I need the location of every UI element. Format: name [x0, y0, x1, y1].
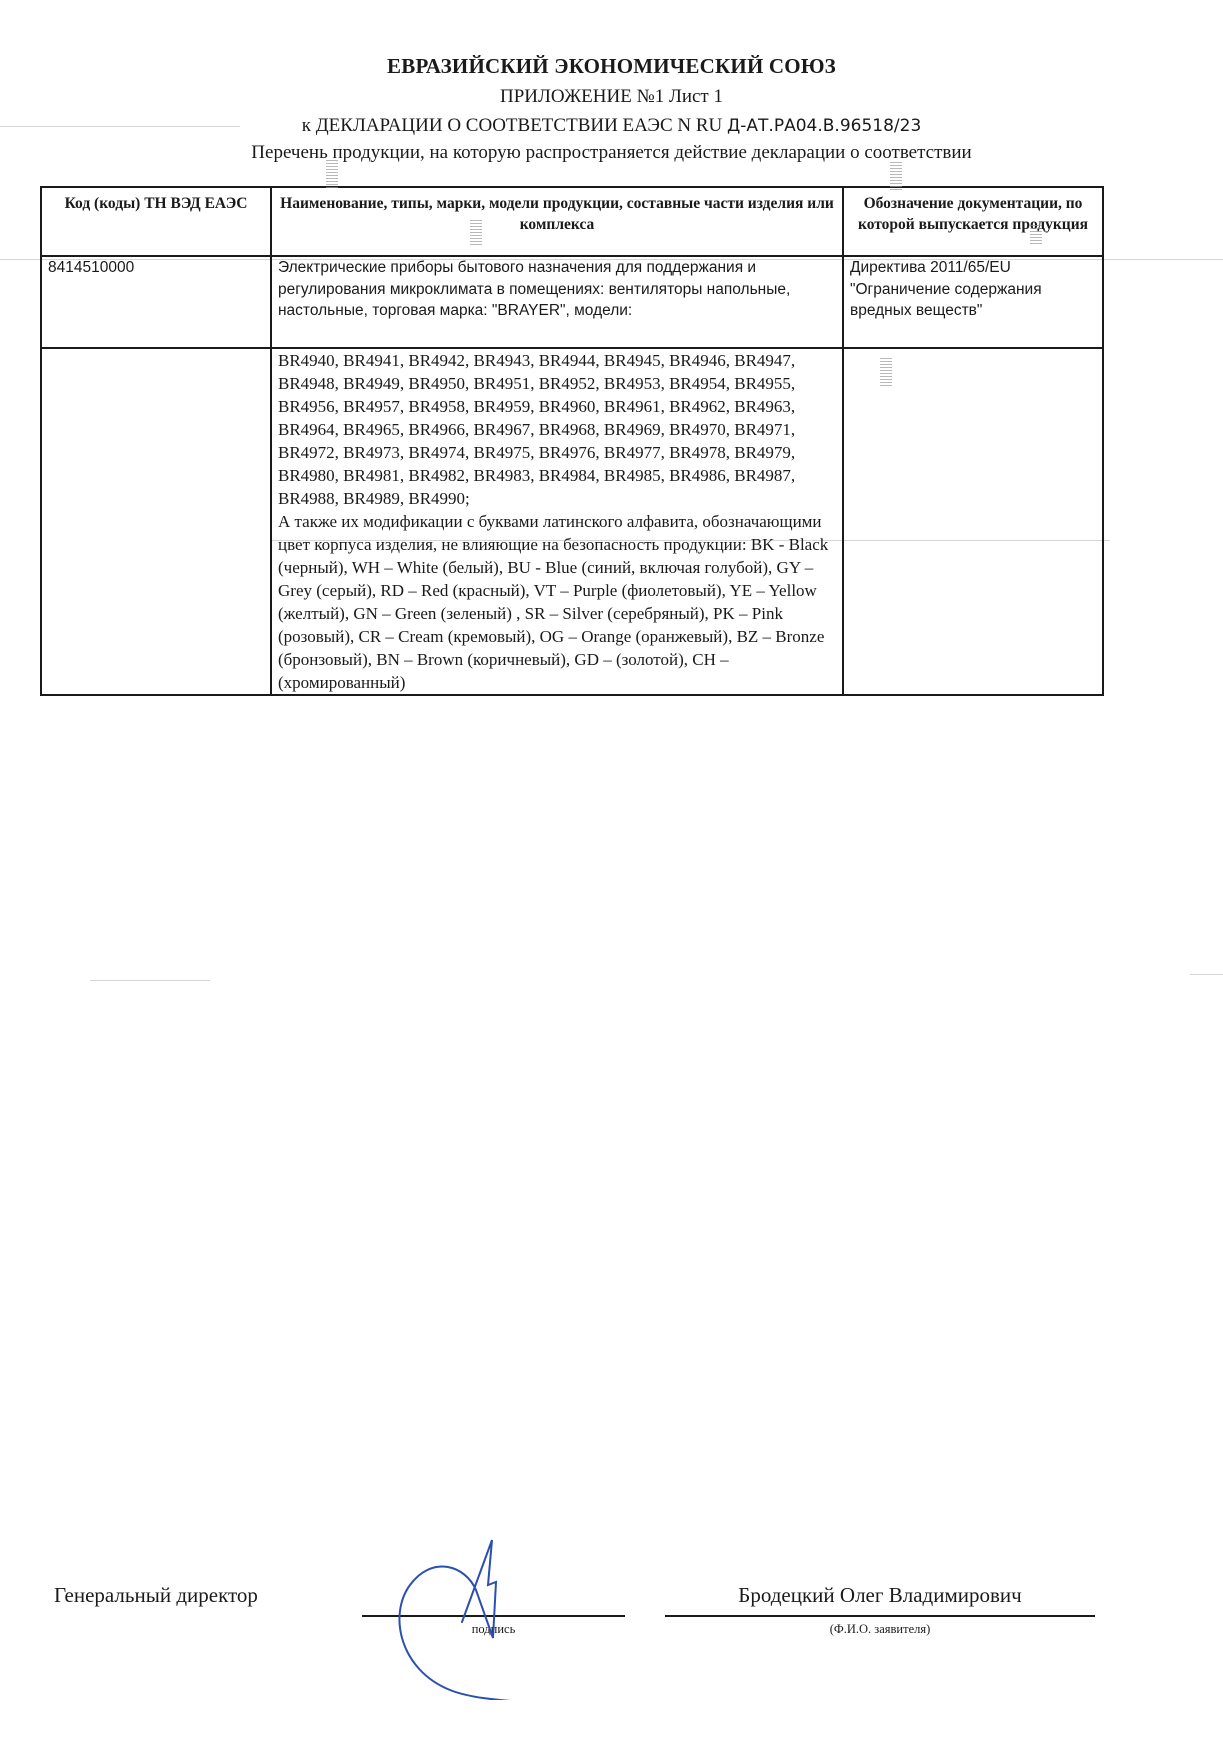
union-title: ЕВРАЗИЙСКИЙ ЭКОНОМИЧЕСКИЙ СОЮЗ [0, 54, 1223, 79]
name-caption: (Ф.И.О. заявителя) [665, 1622, 1095, 1637]
cell-code [41, 348, 271, 695]
handwritten-signature [360, 1530, 660, 1700]
model-list: BR4940, BR4941, BR4942, BR4943, BR4944, … [278, 349, 836, 510]
table-header-row: Код (коды) ТН ВЭД ЕАЭС Наименование, тип… [41, 187, 1103, 256]
column-header-name: Наименование, типы, марки, модели продук… [271, 187, 843, 256]
column-header-code: Код (коды) ТН ВЭД ЕАЭС [41, 187, 271, 256]
scan-smudge [1030, 225, 1042, 245]
product-table: Код (коды) ТН ВЭД ЕАЭС Наименование, тип… [40, 186, 1104, 696]
signer-name: Бродецкий Олег Владимирович [665, 1583, 1095, 1608]
signer-role: Генеральный директор [54, 1583, 258, 1608]
scan-smudge [890, 162, 902, 192]
scan-artifact-line [0, 126, 240, 127]
declaration-prefix: к ДЕКЛАРАЦИИ О СООТВЕТСТВИИ ЕАЭС N RU [302, 115, 727, 136]
documentation-directive: Директива 2011/65/EU [850, 257, 1096, 279]
appendix-title: ПРИЛОЖЕНИЕ №1 Лист 1 [0, 86, 1223, 108]
cell-documentation: Директива 2011/65/EU "Ограничение содерж… [843, 256, 1103, 348]
cell-code: 8414510000 [41, 256, 271, 348]
scan-smudge [326, 160, 338, 190]
cell-models: BR4940, BR4941, BR4942, BR4943, BR4944, … [271, 348, 843, 695]
scan-smudge [470, 220, 482, 246]
scan-artifact-line [90, 980, 210, 981]
documentation-title: "Ограничение содержания вредных веществ" [850, 279, 1096, 322]
name-line [665, 1615, 1095, 1617]
cell-product-name: Электрические приборы бытового назначени… [271, 256, 843, 348]
table-row: BR4940, BR4941, BR4942, BR4943, BR4944, … [41, 348, 1103, 695]
declaration-number: Д-АТ.РА04.В.96518/23 [727, 116, 921, 136]
product-list-title: Перечень продукции, на которую распростр… [0, 142, 1223, 164]
scan-artifact-line [1190, 974, 1223, 975]
scan-smudge [880, 358, 892, 388]
cell-documentation [843, 348, 1103, 695]
color-modifications: А также их модификации с буквами латинск… [278, 510, 836, 694]
table-row: 8414510000 Электрические приборы бытовог… [41, 256, 1103, 348]
column-header-documentation: Обозначение документации, по которой вып… [843, 187, 1103, 256]
